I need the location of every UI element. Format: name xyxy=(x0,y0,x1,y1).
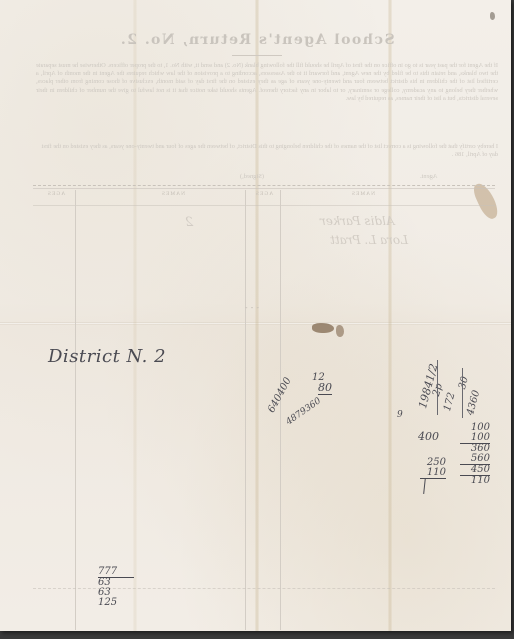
tally-line: 125 xyxy=(98,598,134,608)
bottom-tally: 777 63 63 125 xyxy=(98,567,134,608)
table-top-rule xyxy=(33,185,495,187)
header-names-2: NAMES xyxy=(323,191,403,197)
sum-column: 100 100 360 560 450 110 xyxy=(460,423,490,486)
corner-spot xyxy=(490,12,495,20)
document-page: School Agent's Return, No. 2. If the Age… xyxy=(0,0,511,631)
column-divider-1 xyxy=(75,190,76,630)
bleed-name-2: Lora L. Pratt xyxy=(330,233,408,247)
printed-instructions: If the Agent for the past year is to go … xyxy=(36,62,498,103)
column-divider-2 xyxy=(245,190,246,630)
pencil-line-2 xyxy=(462,368,463,418)
pencil-stroke xyxy=(423,478,426,494)
rotated-figures-2: 4879360 xyxy=(285,397,323,427)
rotated-figures-5: 172 xyxy=(443,392,457,413)
pencil-line-1 xyxy=(437,360,438,415)
sum-line: 110 xyxy=(460,476,490,486)
note-80: 80 xyxy=(318,381,332,395)
table-top-rule-2 xyxy=(33,188,495,190)
page-marker: * * * xyxy=(244,307,259,312)
bleed-name-1: Aldis Parker xyxy=(320,214,395,228)
printed-certification: I hereby certify that the following is a… xyxy=(36,143,498,159)
header-names-1: NAMES xyxy=(133,191,213,197)
column-divider-3 xyxy=(280,190,281,630)
note-400: 400 xyxy=(418,430,439,443)
table-header: AGES NAMES AGES NAMES xyxy=(33,191,495,203)
subtraction: 250 110 xyxy=(420,458,446,479)
rotated-figures-7: 4360 xyxy=(466,389,481,416)
signed-label: (Signed,) xyxy=(240,173,264,180)
title-ornament xyxy=(232,55,282,56)
rotated-figures-4: 2p xyxy=(432,383,444,398)
district-label: District N. 2 xyxy=(48,346,166,367)
note-9: 9 xyxy=(397,410,403,420)
header-ages-2: AGES xyxy=(249,191,279,197)
bleed-number: 2 xyxy=(185,215,193,230)
rotated-figures-6: 30 xyxy=(458,376,470,391)
printed-title: School Agent's Return, No. 2. xyxy=(0,32,511,48)
agent-label: Agent. xyxy=(420,173,438,180)
ink-stain xyxy=(312,323,334,333)
header-ages-1: AGES xyxy=(41,191,71,197)
ink-stain-small xyxy=(336,325,344,337)
header-bottom-rule xyxy=(33,205,495,207)
